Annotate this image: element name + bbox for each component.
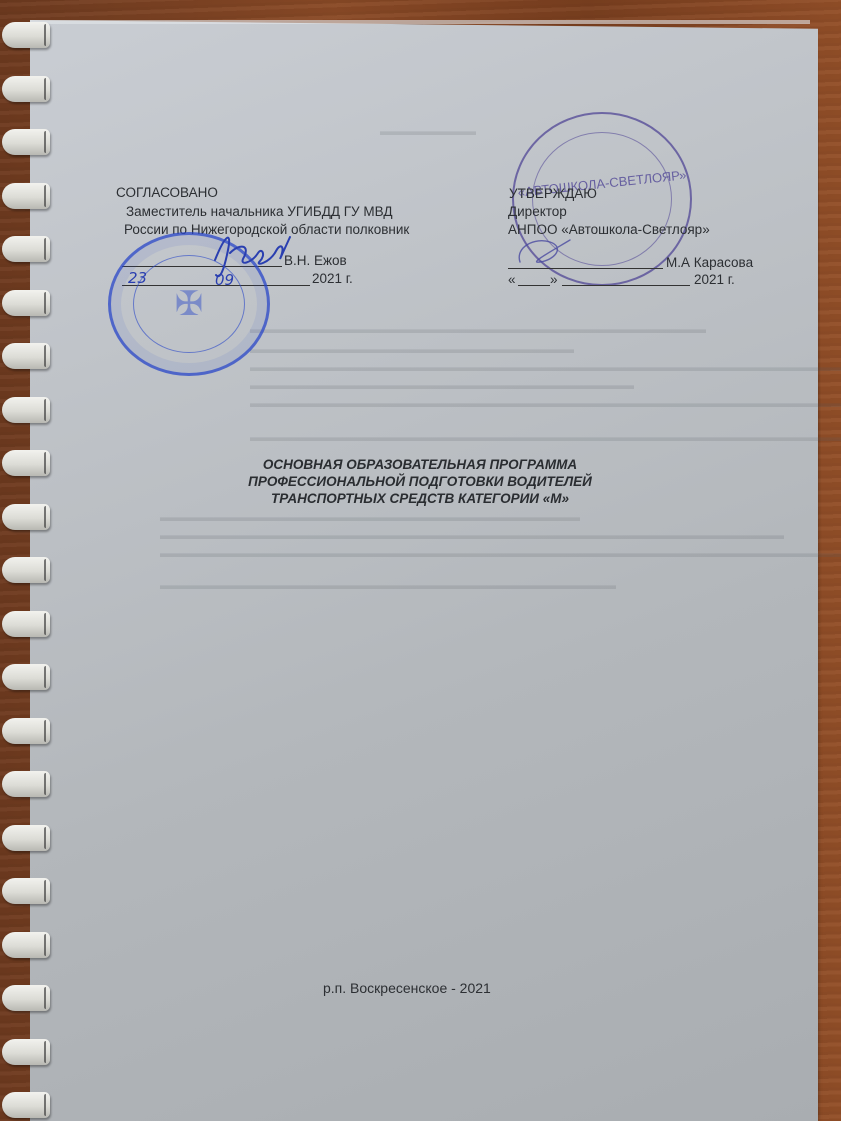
place-and-year: р.п. Воскресенское - 2021	[323, 980, 491, 996]
approved-right-position-line1: Директор	[508, 204, 567, 219]
svg-text:09: 09	[215, 271, 234, 289]
spiral-coil	[2, 557, 50, 583]
punch-hole	[44, 185, 52, 207]
date-close-quote: »	[550, 272, 558, 287]
punch-hole	[44, 827, 52, 849]
spiral-coil	[2, 183, 50, 209]
spiral-coil	[2, 22, 50, 48]
spiral-coil	[2, 1039, 50, 1065]
spiral-coil	[2, 985, 50, 1011]
right-handwritten-signature	[510, 232, 590, 272]
spiral-coil	[2, 236, 50, 262]
date-open-quote: «	[508, 272, 516, 287]
punch-hole	[44, 24, 52, 46]
right-date-day-line	[518, 285, 550, 286]
spiral-coil	[2, 611, 50, 637]
spiral-coil	[2, 825, 50, 851]
title-line-3: ТРАНСПОРТНЫХ СРЕДСТВ КАТЕГОРИИ «М»	[180, 490, 660, 507]
punch-hole	[44, 613, 52, 635]
spiral-coil	[2, 504, 50, 530]
spiral-coil	[2, 932, 50, 958]
punch-hole	[44, 773, 52, 795]
spiral-coil	[2, 129, 50, 155]
approved-left-date-year: 2021 г.	[312, 271, 353, 286]
punch-hole	[44, 559, 52, 581]
spiral-coil	[2, 664, 50, 690]
document-title: ОСНОВНАЯ ОБРАЗОВАТЕЛЬНАЯ ПРОГРАММА ПРОФЕ…	[180, 456, 660, 507]
approved-left-position-line1: Заместитель начальника УГИБДД ГУ МВД	[126, 204, 392, 219]
punch-hole	[44, 292, 52, 314]
punch-hole	[44, 987, 52, 1009]
punch-hole	[44, 666, 52, 688]
punch-hole	[44, 720, 52, 742]
punch-hole	[44, 506, 52, 528]
right-date-month-line	[562, 285, 690, 286]
punch-hole	[44, 399, 52, 421]
spiral-coil	[2, 397, 50, 423]
title-line-2: ПРОФЕССИОНАЛЬНОЙ ПОДГОТОВКИ ВОДИТЕЛЕЙ	[180, 473, 660, 490]
spiral-coil	[2, 450, 50, 476]
left-handwritten-signature: 23 09	[120, 225, 300, 295]
punch-hole	[44, 452, 52, 474]
spiral-coil	[2, 718, 50, 744]
page-top-edge	[30, 20, 810, 24]
punch-hole	[44, 131, 52, 153]
spiral-binding	[0, 0, 60, 1121]
spiral-coil	[2, 878, 50, 904]
approved-left-heading: СОГЛАСОВАНО	[116, 185, 218, 200]
punch-hole	[44, 238, 52, 260]
spiral-coil	[2, 290, 50, 316]
approved-right-date-year: 2021 г.	[694, 272, 735, 287]
spiral-coil	[2, 343, 50, 369]
punch-hole	[44, 1094, 52, 1116]
punch-hole	[44, 345, 52, 367]
punch-hole	[44, 880, 52, 902]
punch-hole	[44, 1041, 52, 1063]
svg-text:23: 23	[128, 269, 147, 287]
approved-right-heading: УТВЕРЖДАЮ	[509, 186, 597, 201]
spiral-coil	[2, 1092, 50, 1118]
title-line-1: ОСНОВНАЯ ОБРАЗОВАТЕЛЬНАЯ ПРОГРАММА	[180, 456, 660, 473]
punch-hole	[44, 934, 52, 956]
spiral-coil	[2, 76, 50, 102]
approved-right-signatory: М.А Карасова	[666, 255, 753, 270]
spiral-coil	[2, 771, 50, 797]
punch-hole	[44, 78, 52, 100]
